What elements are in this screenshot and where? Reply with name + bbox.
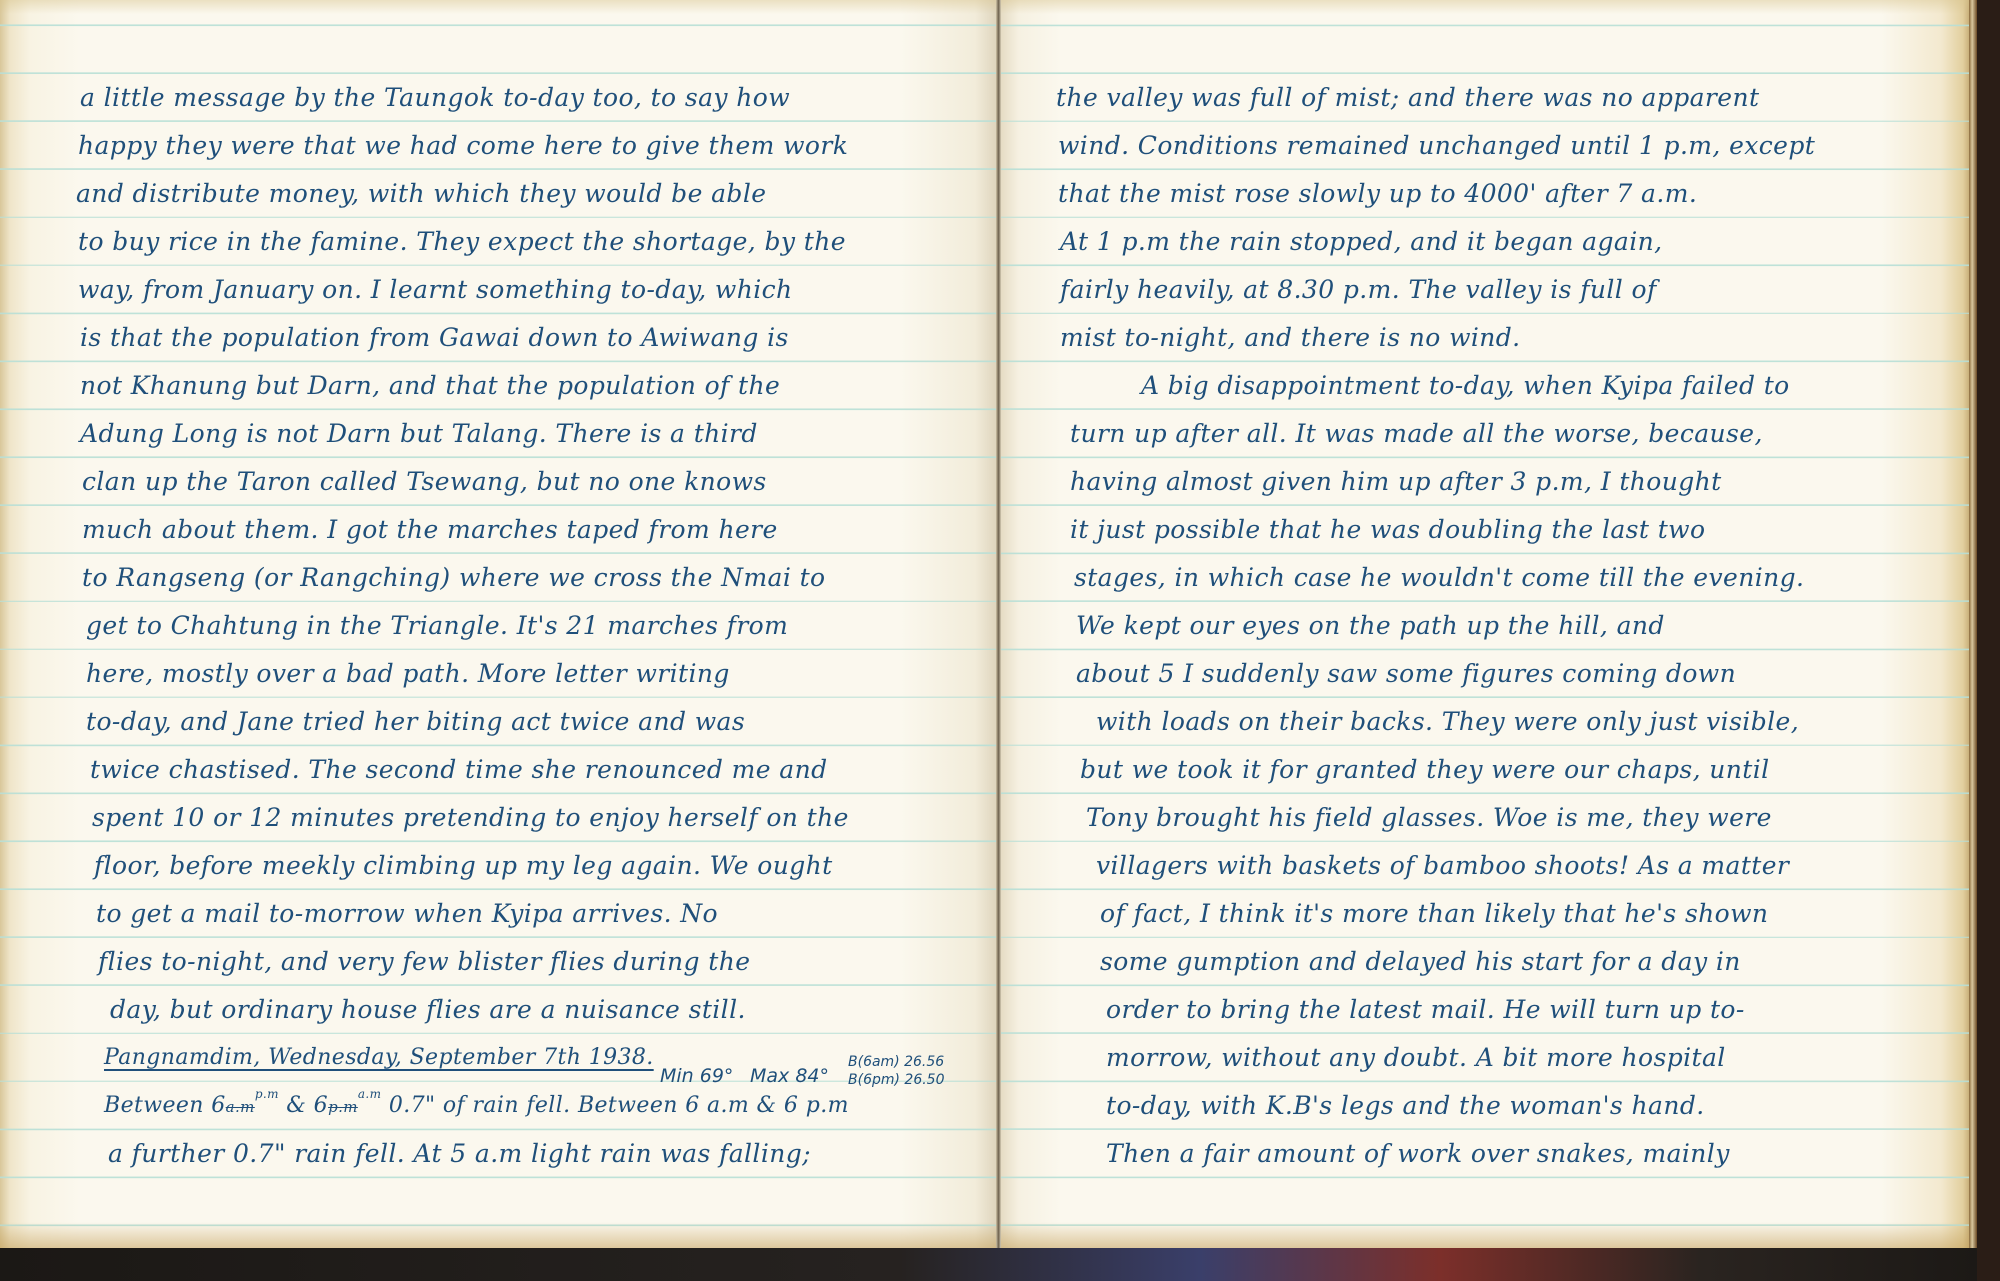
rain-text: & 6 xyxy=(279,1093,328,1118)
text-line: about 5 I suddenly saw some figures comi… xyxy=(1076,650,1736,698)
text-line: villagers with baskets of bamboo shoots!… xyxy=(1096,842,1789,890)
text-line: and distribute money, with which they wo… xyxy=(76,170,766,218)
text-line: having almost given him up after 3 p.m, … xyxy=(1070,458,1722,506)
text-line: At 1 p.m the rain stopped, and it began … xyxy=(1060,218,1662,266)
text-line: is that the population from Gawai down t… xyxy=(80,314,789,362)
text-line: Tony brought his field glasses. Woe is m… xyxy=(1086,794,1772,842)
text-line: We kept our eyes on the path up the hill… xyxy=(1076,602,1665,650)
struck-text: p.m xyxy=(328,1098,358,1116)
text-line: turn up after all. It was made all the w… xyxy=(1070,410,1763,458)
page-stain xyxy=(0,0,998,14)
text-line: wind. Conditions remained unchanged unti… xyxy=(1058,122,1815,170)
page-stain xyxy=(1001,0,1969,14)
text-line: get to Chahtung in the Triangle. It's 21… xyxy=(86,602,788,650)
text-line: Adung Long is not Darn but Talang. There… xyxy=(80,410,758,458)
page-block-edge xyxy=(1969,0,1977,1248)
text-line: floor, before meekly climbing up my leg … xyxy=(94,842,833,890)
text-line: clan up the Taron called Tsewang, but no… xyxy=(82,458,767,506)
text-line: to buy rice in the famine. They expect t… xyxy=(78,218,846,266)
page-stain xyxy=(1001,1222,1969,1248)
text-line: flies to-night, and very few blister fli… xyxy=(98,938,750,986)
text-line: day, but ordinary house flies are a nuis… xyxy=(110,986,746,1034)
text-line: way, from January on. I learnt something… xyxy=(78,266,793,314)
text-line: that the mist rose slowly up to 4000' af… xyxy=(1058,170,1697,218)
text-line: but we took it for granted they were our… xyxy=(1080,746,1770,794)
text-line: order to bring the latest mail. He will … xyxy=(1106,986,1745,1034)
text-line: the valley was full of mist; and there w… xyxy=(1056,74,1759,122)
text-line: a little message by the Taungok to-day t… xyxy=(80,74,790,122)
text-line: of fact, I think it's more than likely t… xyxy=(1100,890,1768,938)
superscript-text: p.m xyxy=(255,1087,279,1101)
text-line: to-day, with K.B's legs and the woman's … xyxy=(1106,1082,1705,1130)
text-line: not Khanung but Darn, and that the popul… xyxy=(80,362,780,410)
book-cover-edge xyxy=(1977,0,2000,1281)
barometer-pm: B(6pm) 26.50 xyxy=(848,1072,945,1088)
text-line: morrow, without any doubt. A bit more ho… xyxy=(1106,1034,1726,1082)
right-page: the valley was full of mist; and there w… xyxy=(1001,0,1969,1248)
left-page: a little message by the Taungok to-day t… xyxy=(0,0,998,1248)
text-line: to get a mail to-morrow when Kyipa arriv… xyxy=(96,890,718,938)
rain-report-line: Between 6a.mp.m & 6p.ma.m 0.7" of rain f… xyxy=(104,1082,849,1130)
rain-text: Between 6 xyxy=(104,1093,226,1118)
page-stain xyxy=(0,1222,998,1248)
text-line: it just possible that he was doubling th… xyxy=(1070,506,1705,554)
text-line: some gumption and delayed his start for … xyxy=(1100,938,1741,986)
open-notebook: a little message by the Taungok to-day t… xyxy=(0,0,2000,1281)
text-line: stages, in which case he wouldn't come t… xyxy=(1074,554,1804,602)
text-line: with loads on their backs. They were onl… xyxy=(1096,698,1799,746)
text-line: much about them. I got the marches taped… xyxy=(82,506,778,554)
text-line: fairly heavily, at 8.30 p.m. The valley … xyxy=(1060,266,1657,314)
entry-date-heading: Pangnamdim, Wednesday, September 7th 193… xyxy=(104,1034,654,1082)
text-line: A big disappointment to-day, when Kyipa … xyxy=(1141,362,1790,410)
text-line: a further 0.7" rain fell. At 5 a.m light… xyxy=(108,1130,811,1178)
text-line: spent 10 or 12 minutes pretending to enj… xyxy=(92,794,849,842)
text-line: to Rangseng (or Rangching) where we cros… xyxy=(82,554,826,602)
struck-text: a.m xyxy=(226,1098,255,1116)
superscript-text: a.m xyxy=(358,1087,382,1101)
text-line: twice chastised. The second time she ren… xyxy=(90,746,828,794)
text-line: here, mostly over a bad path. More lette… xyxy=(86,650,730,698)
rain-text: 0.7" of rain fell. Between 6 a.m & 6 p.m xyxy=(381,1093,848,1118)
text-line: to-day, and Jane tried her biting act tw… xyxy=(86,698,745,746)
text-line: happy they were that we had come here to… xyxy=(78,122,848,170)
text-line: mist to-night, and there is no wind. xyxy=(1060,314,1521,362)
text-line: Then a fair amount of work over snakes, … xyxy=(1106,1130,1730,1178)
barometer-am: B(6am) 26.56 xyxy=(848,1054,944,1070)
